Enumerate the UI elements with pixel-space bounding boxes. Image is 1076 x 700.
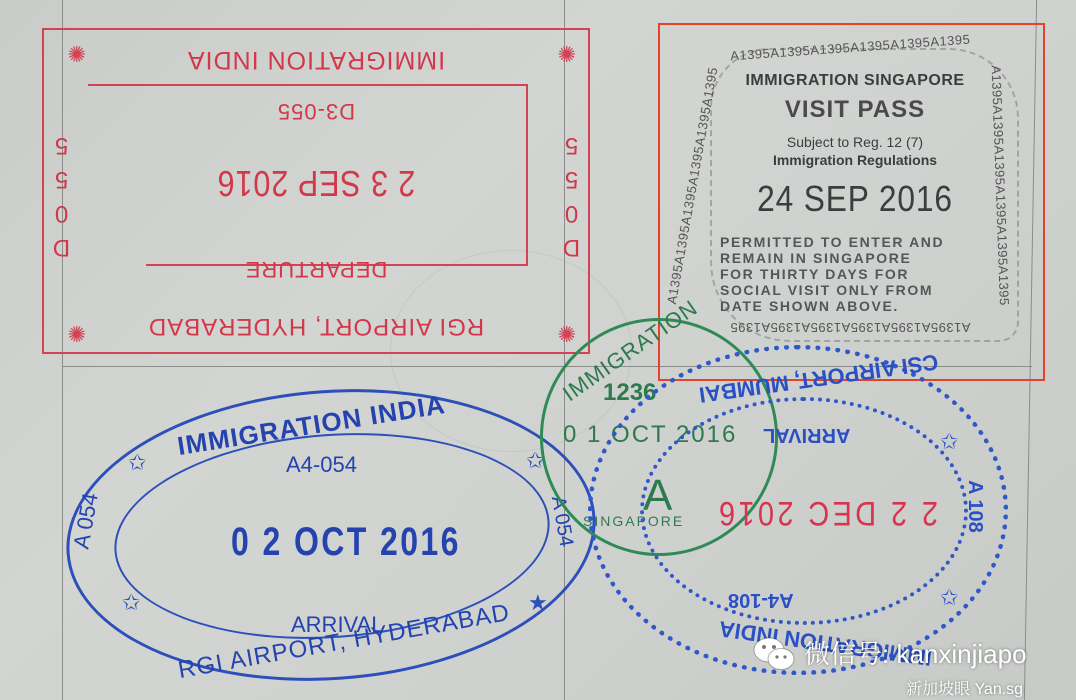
stamp-side: A 108 [963,480,986,533]
stamp-type: ARRIVAL [763,423,850,446]
stamp-title: IMMIGRATION INDIA [42,45,590,74]
sunburst-icon: ✺ [546,316,576,346]
highlight-box [658,23,1045,381]
stamp-code: D3-055 [42,98,590,124]
wechat-icon [752,636,796,672]
india-departure-stamp: IMMIGRATION INDIA D3-055 2 3 SEP 2016 DE… [42,28,590,354]
star-icon: ✩ [122,590,140,616]
star-icon: ✩ [940,429,958,455]
sunburst-icon: ✺ [56,36,86,66]
stamp-date: 2 2 DEC 2016 [716,493,938,532]
india-arrival-mumbai-stamp: CSI AIRPORT, MUMBAI ARRIVAL A4-108 A 108… [588,345,1008,675]
stamp-date: 0 2 OCT 2016 [231,520,461,565]
stamp-date: 2 3 SEP 2016 [83,162,549,204]
stamp-side-left: D055 [560,128,582,264]
stamp-place: RGI AIRPORT, HYDERABAD [42,312,590,340]
stamp-code: A4-054 [286,452,357,478]
sunburst-icon: ✺ [546,36,576,66]
star-icon: ✩ [940,585,958,611]
sunburst-icon: ✺ [56,316,86,346]
india-arrival-stamp: IMMIGRATION INDIA A4-054 0 2 OCT 2016 AR… [66,390,596,680]
star-icon: ✩ [128,450,146,476]
stamp-code: A4-108 [728,588,794,611]
watermark-source: 新加坡眼 Yan.sg [906,676,1023,699]
stamp-side-right: D055 [50,128,72,264]
watermark-account: 微信号: kanxinjiapo [804,634,1027,671]
star-icon: ★ [528,590,548,616]
stamp-type: DEPARTURE [42,256,590,282]
